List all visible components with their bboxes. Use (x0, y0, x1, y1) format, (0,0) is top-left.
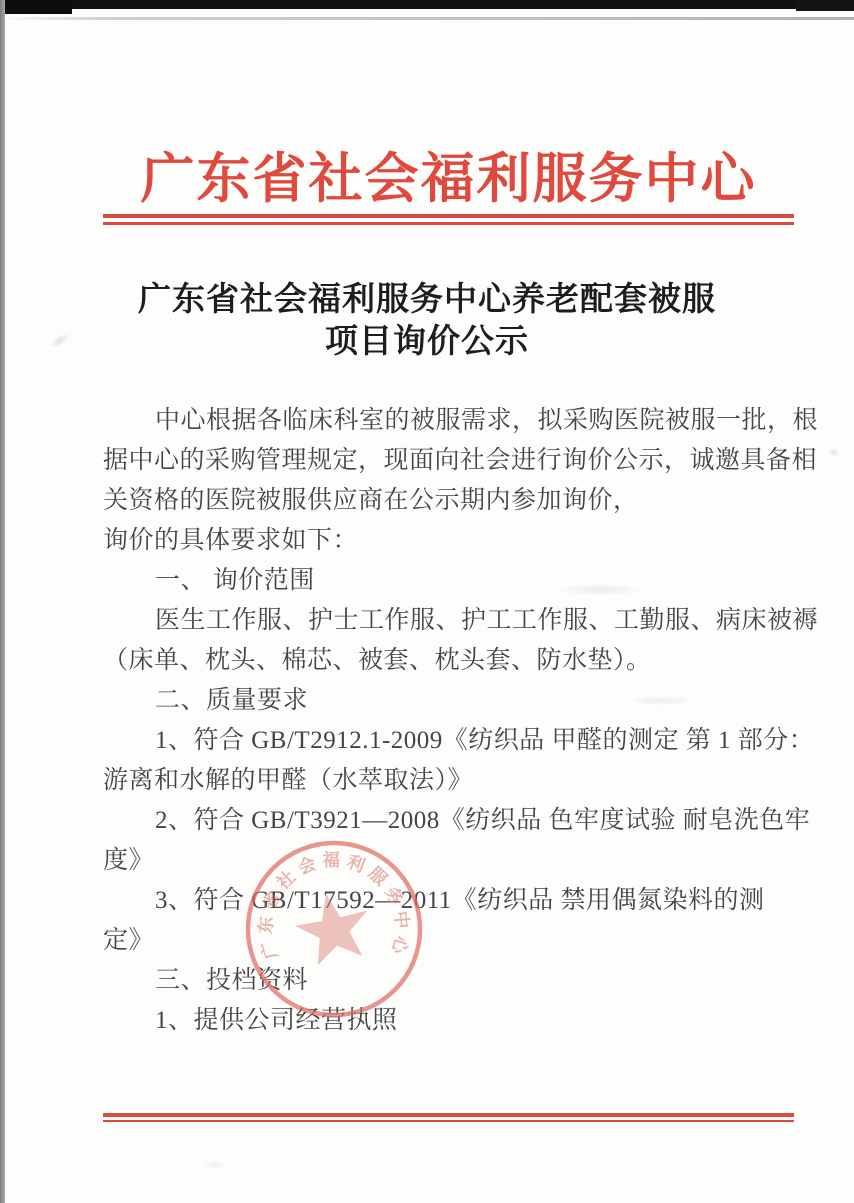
body-line: 度》 (103, 841, 808, 881)
scan-smudge (200, 1160, 230, 1170)
footer-rule-thin (103, 1120, 794, 1122)
document-title-line1: 广东省社会福利服务中心养老配套被服 (0, 279, 854, 321)
body-line: 1、符合 GB/T2912.1-2009《纺织品 甲醛的测定 第 1 部分： (103, 721, 808, 761)
body-line: 定》 (103, 921, 808, 961)
body-line: 关资格的医院被服供应商在公示期内参加询价， (103, 481, 808, 521)
scan-artifact-line (0, 17, 854, 20)
scanned-document: 广东省社会福利服务中心 广东省社会福利服务中心养老配套被服 项目询价公示 中心根… (0, 0, 854, 1203)
letterhead-title: 广东省社会福利服务中心 (103, 148, 794, 210)
body-line: 3、符合 GB/T17592—2011《纺织品 禁用偶氮染料的测 (103, 881, 808, 921)
body-line: 一、 询价范围 (103, 561, 808, 601)
body-line: 2、符合 GB/T3921—2008《纺织品 色牢度试验 耐皂洗色牢 (103, 801, 808, 841)
document-title-line2: 项目询价公示 (0, 321, 854, 363)
scan-edge-top-left (0, 0, 72, 14)
scan-smudge (826, 447, 842, 458)
body-line: 医生工作服、护士工作服、护工工作服、工勤服、病床被褥 (103, 601, 808, 641)
document-title: 广东省社会福利服务中心养老配套被服 项目询价公示 (0, 279, 854, 363)
body-text: 中心根据各临床科室的被服需求，拟采购医院被服一批，根据中心的采购管理规定，现面向… (103, 401, 808, 1041)
body-line: 1、提供公司经营执照 (103, 1001, 808, 1041)
body-line: 游离和水解的甲醛（水萃取法）》 (103, 761, 808, 801)
body-line: 中心根据各临床科室的被服需求，拟采购医院被服一批，根 (103, 401, 808, 441)
footer-rule-thick (103, 1113, 794, 1117)
scan-edge-top-right (796, 0, 854, 11)
letterhead-rule-thick (103, 214, 794, 218)
body-line: 询价的具体要求如下： (103, 521, 808, 561)
body-line: 三、投档资料 (103, 961, 808, 1001)
body-line: 据中心的采购管理规定，现面向社会进行询价公示，诚邀具备相 (103, 441, 808, 481)
scan-edge-left (0, 0, 5, 1203)
body-line: （床单、枕头、棉芯、被套、枕头套、防水垫）。 (103, 641, 808, 681)
letterhead-rule-thin (103, 222, 794, 225)
body-line: 二、质量要求 (103, 681, 808, 721)
scan-edge-top (0, 0, 854, 9)
